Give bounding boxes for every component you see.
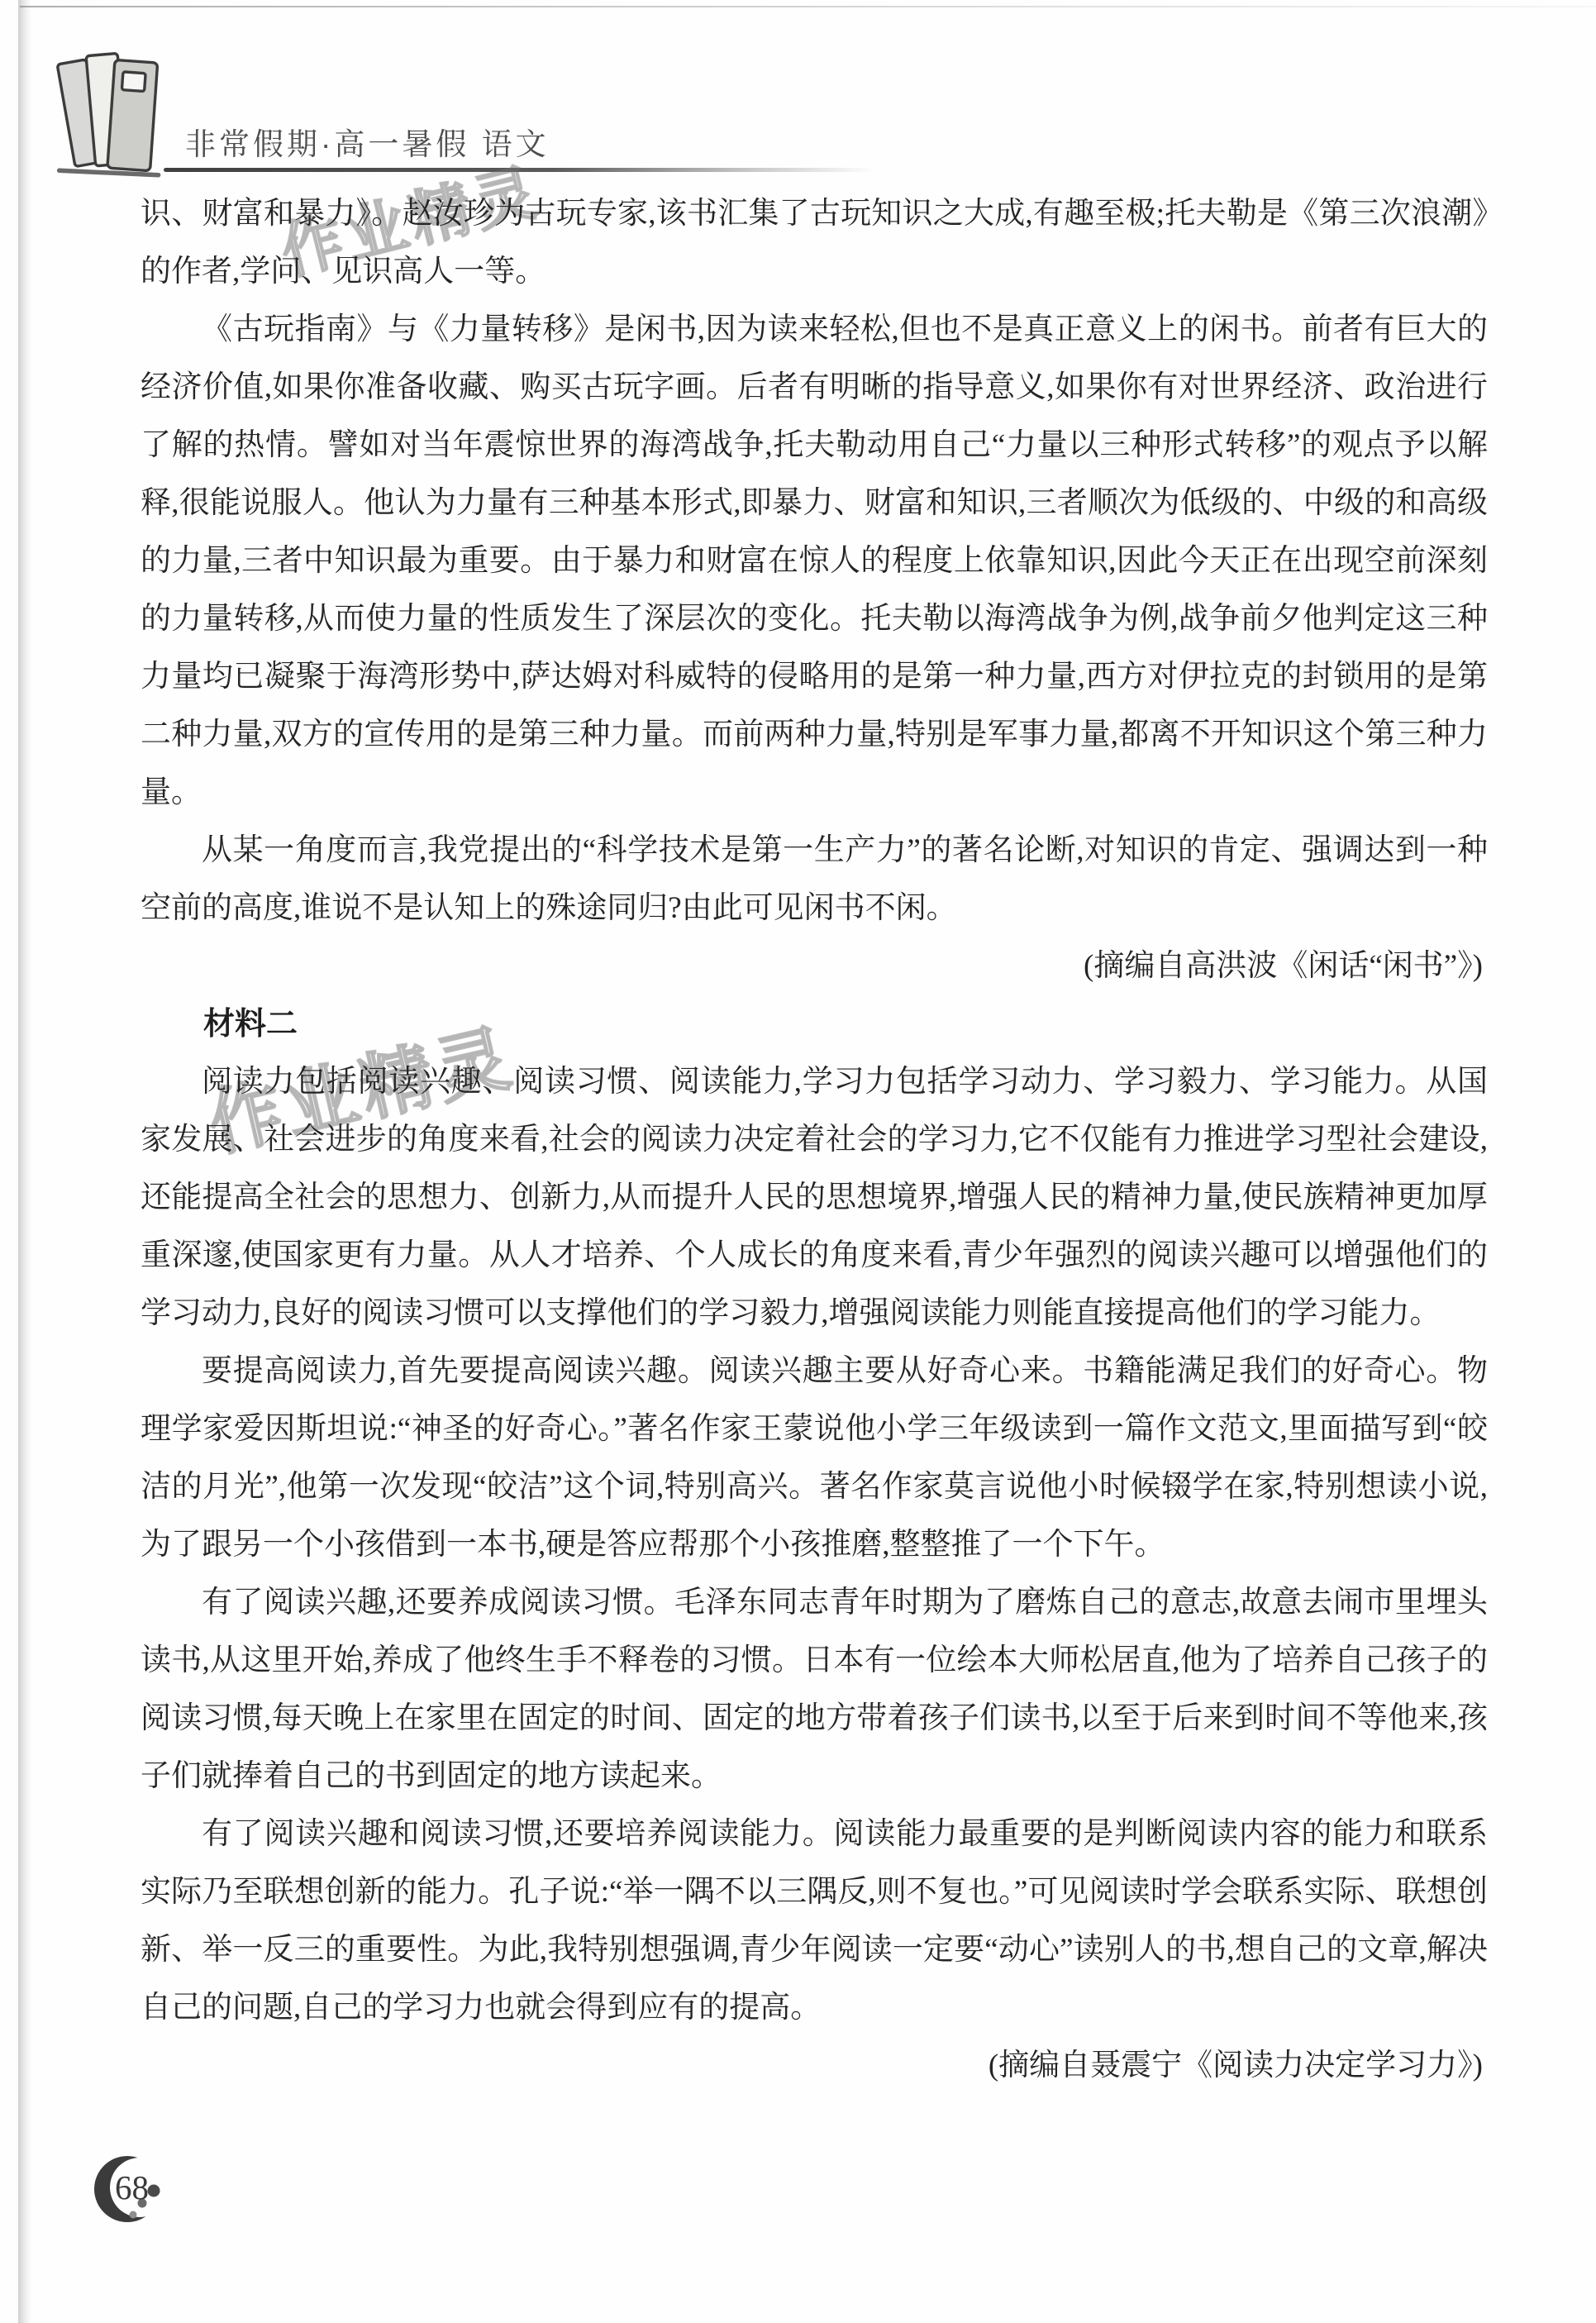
- page-body: 识、财富和暴力》。赵汝珍为古玩专家,该书汇集了古玩知识之大成,有趣至极;托夫勒是…: [141, 185, 1488, 2095]
- material-one-paragraph-2: 《古玩指南》与《力量转移》是闲书,因为读来轻松,但也不是真正意义上的闲书。前者有…: [141, 301, 1488, 822]
- page-number: 68: [115, 2171, 149, 2205]
- material-two-paragraph-4: 有了阅读兴趣和阅读习惯,还要培养阅读能力。阅读能力最重要的是判断阅读内容的能力和…: [141, 1805, 1488, 2037]
- material-two-paragraph-3: 有了阅读兴趣,还要养成阅读习惯。毛泽东同志青年时期为了磨炼自己的意志,故意去闹市…: [141, 1574, 1488, 1805]
- material-two-paragraph-1: 阅读力包括阅读兴趣、阅读习惯、阅读能力,学习力包括学习动力、学习毅力、学习能力。…: [141, 1053, 1488, 1343]
- material-one-attribution: (摘编自高洪波《闲话“闲书”》): [141, 937, 1488, 995]
- material-two-heading: 材料二: [141, 995, 1488, 1053]
- material-one-paragraph-3: 从某一角度而言,我党提出的“科学技术是第一生产力”的著名论断,对知识的肯定、强调…: [141, 822, 1488, 937]
- material-two-paragraph-2: 要提高阅读力,首先要提高阅读兴趣。阅读兴趣主要从好奇心来。书籍能满足我们的好奇心…: [141, 1343, 1488, 1574]
- books-icon: [48, 43, 172, 183]
- scan-edge-left: [18, 0, 31, 2323]
- page-header-title: 非常假期·高一暑假 语文: [185, 119, 550, 164]
- header-rule: [164, 168, 874, 172]
- material-two-attribution: (摘编自聂震宁《阅读力决定学习力》): [141, 2037, 1488, 2095]
- material-one-paragraph-continuation: 识、财富和暴力》。赵汝珍为古玩专家,该书汇集了古玩知识之大成,有趣至极;托夫勒是…: [141, 185, 1488, 301]
- scan-edge-top: [20, 6, 1596, 7]
- textbook-page: 非常假期·高一暑假 语文 作业精灵 作业精灵 识、财富和暴力》。赵汝珍为古玩专家…: [0, 0, 1596, 2323]
